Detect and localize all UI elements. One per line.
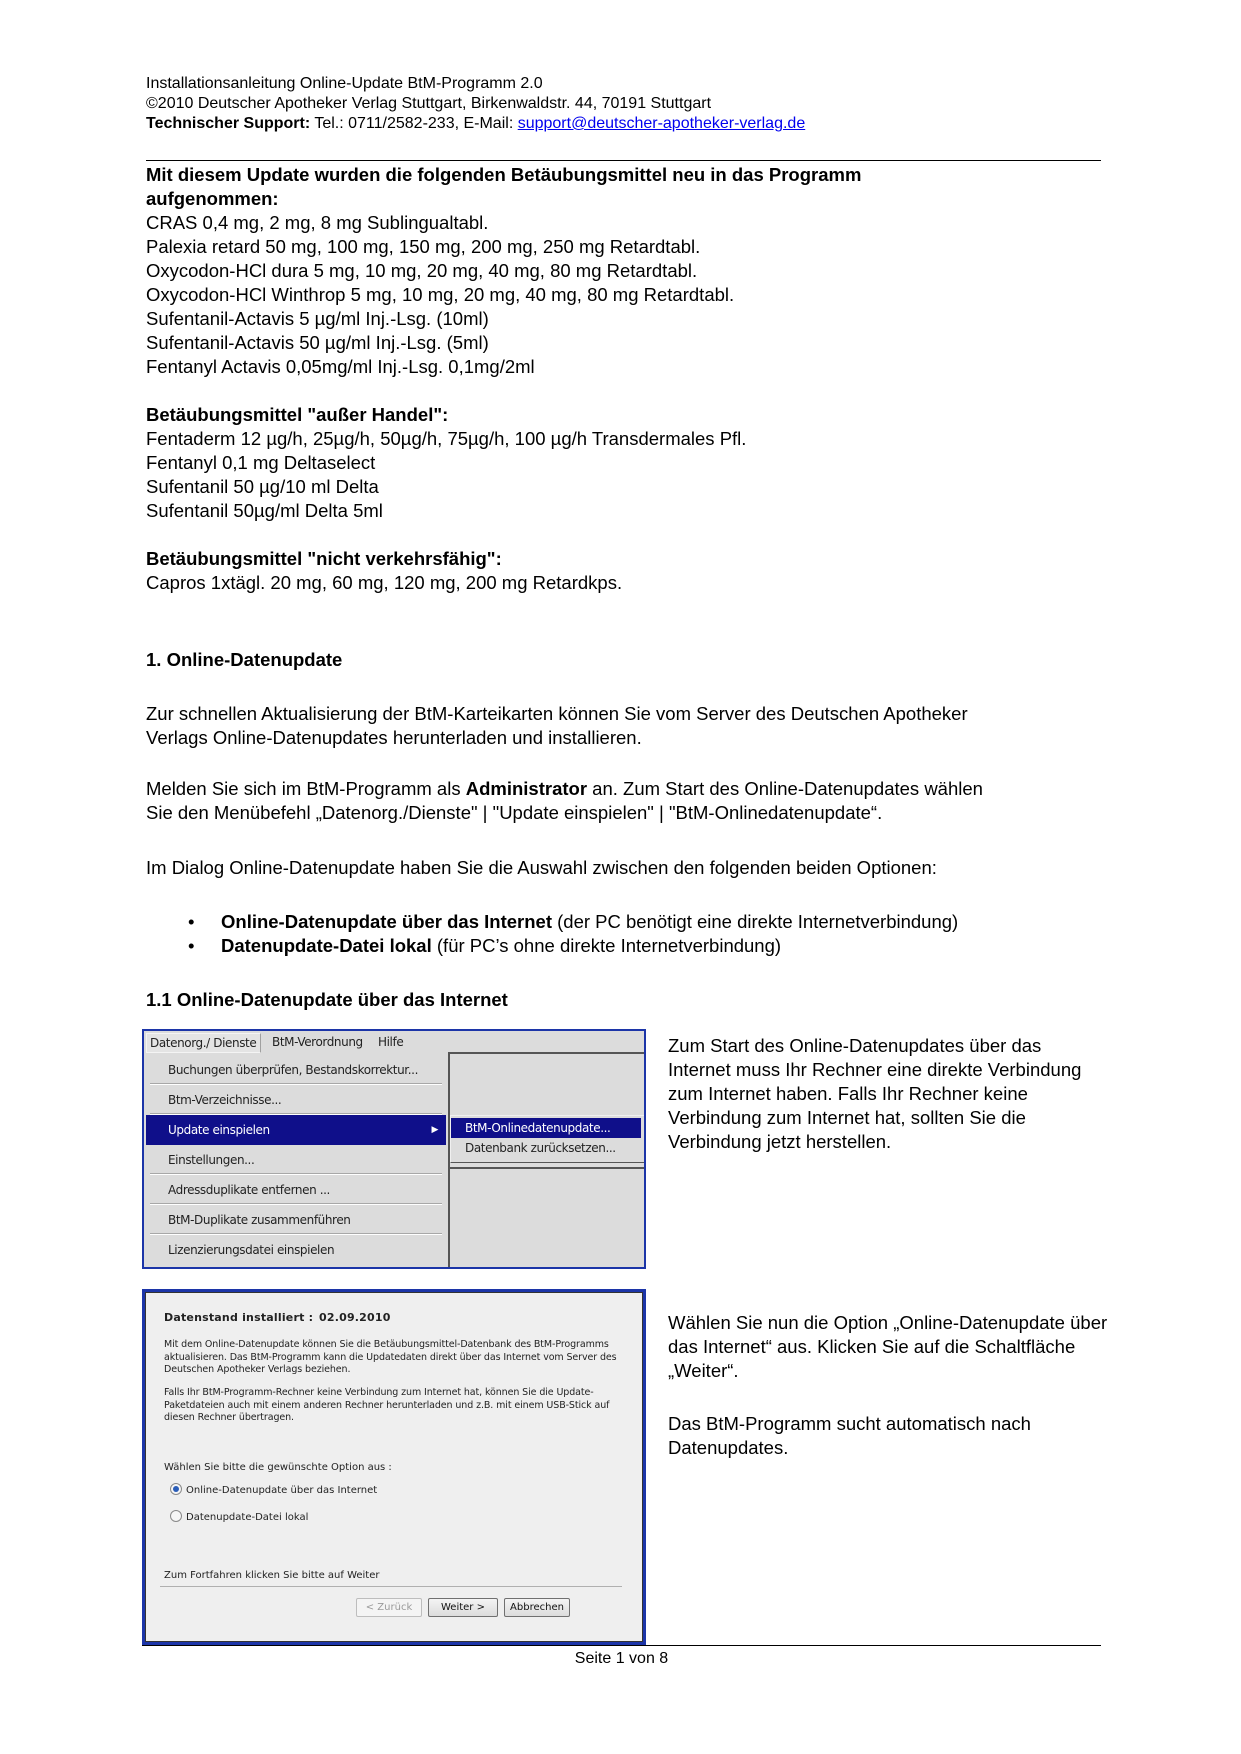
support-phone: Tel.: 0711/2582-233, E-Mail: xyxy=(310,115,518,132)
bullet-icon: • xyxy=(188,934,194,958)
bullet-bold: Datenupdate-Datei lokal xyxy=(221,935,432,956)
header-divider xyxy=(146,160,1101,161)
list-item: Sufentanil-Actavis 5 µg/ml Inj.-Lsg. (10… xyxy=(146,307,1101,331)
radio-selected-icon xyxy=(170,1483,182,1495)
new-drugs-title-2: aufgenommen: xyxy=(146,187,1101,211)
option-prompt: Wählen Sie bitte die gewünschte Option a… xyxy=(164,1462,392,1473)
section-1-1-heading: 1.1 Online-Datenupdate über das Internet xyxy=(146,988,508,1012)
window-edge xyxy=(448,1167,646,1169)
off-market-title: Betäubungsmittel "außer Handel": xyxy=(146,403,1101,427)
datenorg-menu: Buchungen überprüfen, Bestandskorrektur.… xyxy=(146,1055,448,1267)
menu-item-btm-verzeichnisse[interactable]: Btm-Verzeichnisse... xyxy=(146,1085,446,1115)
section-1-heading: 1. Online-Datenupdate xyxy=(146,648,342,672)
menu-item-btm-duplikate[interactable]: BtM-Duplikate zusammenführen xyxy=(146,1205,446,1235)
instruction-text-3: Das BtM-Programm sucht automatisch nach … xyxy=(668,1412,1108,1460)
footer-divider xyxy=(142,1645,1101,1646)
list-item: CRAS 0,4 mg, 2 mg, 8 mg Sublingualtabl. xyxy=(146,211,1101,235)
bullet-bold: Online-Datenupdate über das Internet xyxy=(221,911,552,932)
list-item: Capros 1xtägl. 20 mg, 60 mg, 120 mg, 200… xyxy=(146,571,1101,595)
section-1-paragraph-3: Im Dialog Online-Datenupdate haben Sie d… xyxy=(146,856,1101,880)
administrator-emphasis: Administrator xyxy=(466,778,587,799)
radio-online-update[interactable]: Online-Datenupdate über das Internet xyxy=(170,1483,377,1497)
menu-item-label: Adressduplikate entfernen ... xyxy=(168,1183,330,1197)
back-button[interactable]: < Zurück xyxy=(356,1598,422,1617)
list-item: Sufentanil 50 µg/10 ml Delta xyxy=(146,475,1101,499)
bullet-text: (für PC’s ohne direkte Internetverbindun… xyxy=(432,935,781,956)
submenu-item-datenbank-zuruecksetzen[interactable]: Datenbank zurücksetzen... xyxy=(451,1138,641,1158)
header-copyright: ©2010 Deutscher Apotheker Verlag Stuttga… xyxy=(146,94,805,114)
options-bullet-list: • Online-Datenupdate über das Internet (… xyxy=(146,910,1101,958)
section-1-paragraph-1: Zur schnellen Aktualisierung der BtM-Kar… xyxy=(146,702,1101,750)
dialog-offline-hint: Falls Ihr BtM-Programm-Rechner keine Ver… xyxy=(164,1387,634,1425)
document-header: Installationsanleitung Online-Update BtM… xyxy=(146,74,805,134)
text-run: an. Zum Start des Online-Datenupdates wä… xyxy=(587,778,983,799)
data-status-value: 02.09.2010 xyxy=(319,1311,391,1324)
menubar-datenorg[interactable]: Datenorg./ Dienste xyxy=(146,1033,261,1053)
update-dialog-screenshot: Datenstand installiert : 02.09.2010 Mit … xyxy=(142,1289,646,1645)
header-title: Installationsanleitung Online-Update BtM… xyxy=(146,74,805,94)
support-email-link[interactable]: support@deutscher-apotheker-verlag.de xyxy=(518,115,806,132)
new-drugs-section: Mit diesem Update wurden die folgenden B… xyxy=(146,163,1101,379)
menu-item-update-einspielen[interactable]: Update einspielen▶ xyxy=(146,1115,446,1145)
menu-item-label: BtM-Duplikate zusammenführen xyxy=(168,1213,351,1227)
menu-item-label: Buchungen überprüfen, Bestandskorrektur.… xyxy=(168,1063,418,1077)
section-1-paragraph-2: Melden Sie sich im BtM-Programm als Admi… xyxy=(146,777,1101,825)
page-number: Seite 1 von 8 xyxy=(142,1650,1101,1668)
radio-label: Datenupdate-Datei lokal xyxy=(186,1512,308,1523)
list-item: Fentaderm 12 µg/h, 25µg/h, 50µg/h, 75µg/… xyxy=(146,427,1101,451)
bullet-icon: • xyxy=(188,910,194,934)
menu-item-adressduplikate[interactable]: Adressduplikate entfernen ... xyxy=(146,1175,446,1205)
paragraph-line: Verlags Online-Datenupdates herunterlade… xyxy=(146,726,1101,750)
radio-label: Online-Datenupdate über das Internet xyxy=(186,1485,377,1496)
menu-item-label: Btm-Verzeichnisse... xyxy=(168,1093,281,1107)
menu-item-label: Update einspielen xyxy=(168,1123,270,1137)
list-item: Sufentanil 50µg/ml Delta 5ml xyxy=(146,499,1101,523)
paragraph-line: Sie den Menübefehl „Datenorg./Dienste" |… xyxy=(146,801,1101,825)
radio-unselected-icon xyxy=(170,1510,182,1522)
instruction-text-2: Wählen Sie nun die Option „Online-Datenu… xyxy=(668,1311,1108,1383)
bullet-item: • Datenupdate-Datei lokal (für PC’s ohne… xyxy=(146,934,1101,958)
list-item: Fentanyl 0,1 mg Deltaselect xyxy=(146,451,1101,475)
not-marketable-title: Betäubungsmittel "nicht verkehrsfähig": xyxy=(146,547,1101,571)
dialog-body: Datenstand installiert : 02.09.2010 Mit … xyxy=(145,1292,643,1642)
menubar-hilfe[interactable]: Hilfe xyxy=(378,1035,403,1049)
cancel-button[interactable]: Abbrechen xyxy=(504,1598,570,1617)
list-item: Palexia retard 50 mg, 100 mg, 150 mg, 20… xyxy=(146,235,1101,259)
menu-item-label: Lizenzierungsdatei einspielen xyxy=(168,1243,334,1257)
text-run: Melden Sie sich im BtM-Programm als xyxy=(146,778,466,799)
dialog-divider xyxy=(160,1586,622,1587)
menubar-btm-verordnung[interactable]: BtM-Verordnung xyxy=(272,1035,363,1049)
submenu-item-btm-onlinedatenupdate[interactable]: BtM-Onlinedatenupdate... xyxy=(451,1118,641,1138)
data-status: Datenstand installiert : 02.09.2010 xyxy=(164,1311,313,1324)
new-drugs-title-1: Mit diesem Update wurden die folgenden B… xyxy=(146,163,1101,187)
menu-item-label: Einstellungen... xyxy=(168,1153,254,1167)
list-item: Fentanyl Actavis 0,05mg/ml Inj.-Lsg. 0,1… xyxy=(146,355,1101,379)
radio-local-file[interactable]: Datenupdate-Datei lokal xyxy=(170,1510,308,1524)
menu-item-lizenzierungsdatei[interactable]: Lizenzierungsdatei einspielen xyxy=(146,1235,446,1265)
list-item: Sufentanil-Actavis 50 µg/ml Inj.-Lsg. (5… xyxy=(146,331,1101,355)
next-button[interactable]: Weiter > xyxy=(428,1598,498,1617)
bullet-text: (der PC benötigt eine direkte Internetve… xyxy=(552,911,958,932)
continue-hint: Zum Fortfahren klicken Sie bitte auf Wei… xyxy=(164,1570,380,1581)
support-label: Technischer Support: xyxy=(146,115,310,132)
data-status-label: Datenstand installiert : xyxy=(164,1311,313,1324)
menu-item-einstellungen[interactable]: Einstellungen... xyxy=(146,1145,446,1175)
bullet-item: • Online-Datenupdate über das Internet (… xyxy=(146,910,1101,934)
submenu-arrow-icon: ▶ xyxy=(431,1115,438,1145)
not-marketable-section: Betäubungsmittel "nicht verkehrsfähig": … xyxy=(146,547,1101,595)
window-edge xyxy=(448,1052,646,1054)
off-market-section: Betäubungsmittel "außer Handel": Fentade… xyxy=(146,403,1101,523)
paragraph-line: Melden Sie sich im BtM-Programm als Admi… xyxy=(146,777,1101,801)
header-support: Technischer Support: Tel.: 0711/2582-233… xyxy=(146,114,805,134)
list-item: Oxycodon-HCl dura 5 mg, 10 mg, 20 mg, 40… xyxy=(146,259,1101,283)
menu-screenshot: Datenorg./ Dienste BtM-Verordnung Hilfe … xyxy=(142,1029,646,1269)
instruction-text-1: Zum Start des Online-Datenupdates über d… xyxy=(668,1034,1108,1154)
dialog-description: Mit dem Online-Datenupdate können Sie di… xyxy=(164,1339,634,1377)
list-item: Oxycodon-HCl Winthrop 5 mg, 10 mg, 20 mg… xyxy=(146,283,1101,307)
update-submenu: BtM-Onlinedatenupdate... Datenbank zurüc… xyxy=(450,1115,646,1163)
paragraph-line: Zur schnellen Aktualisierung der BtM-Kar… xyxy=(146,702,1101,726)
menu-item-buchungen[interactable]: Buchungen überprüfen, Bestandskorrektur.… xyxy=(146,1055,446,1085)
